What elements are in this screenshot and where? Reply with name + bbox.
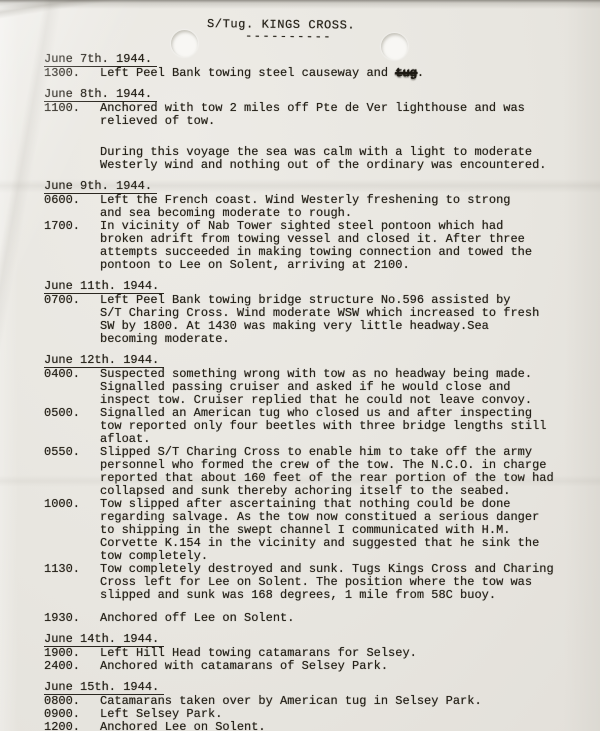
log-entry: 1300. Left Peel Bank towing steel causew… [44,67,582,80]
entry-text: Anchored with catamarans of Selsey Park. [100,660,388,673]
log-entry: 1130. Tow completely destroyed and sunk.… [44,563,582,602]
hole-punch-right [381,33,408,60]
log-section-june-7: June 7th. 1944. 1300. Left Peel Bank tow… [44,53,582,80]
entry-text: Left the French coast. Wind Westerly fre… [100,194,510,220]
entry-text: Slipped S/T Charing Cross to enable him … [100,446,554,498]
date-heading: June 11th. 1944. [44,280,164,294]
entry-time: 0600. [44,194,100,207]
log-entry: 0500. Signalled an American tug who clos… [44,407,582,446]
log-entry: 1100. Anchored with tow 2 miles off Pte … [44,102,582,128]
entry-text: Left Peel Bank towing steel causeway and… [100,67,424,80]
entry-time: 1700. [44,220,100,233]
entry-time: 1000. [44,498,100,511]
entry-text: Anchored Lee on Solent. [100,721,266,731]
entry-time: 1100. [44,102,100,115]
hole-punch-left [171,30,198,57]
entry-text: Signalled an American tug who closed us … [100,407,546,446]
entry-time: 2400. [44,660,100,673]
entry-time: 0500. [44,407,100,420]
entry-time: 0550. [44,446,100,459]
log-section-june-9: June 9th. 1944. 0600. Left the French co… [44,180,582,272]
scanned-log-page: S/Tug. KINGS CROSS. ---------- June 7th.… [0,0,600,731]
date-heading: June 9th. 1944. [44,180,157,194]
log-entry: During this voyage the sea was calm with… [44,146,582,172]
entry-time: 1200. [44,721,100,731]
entry-text: In vicinity of Nab Tower sighted steel p… [100,220,532,272]
entry-text: Anchored off Lee on Solent. [100,612,294,625]
date-heading: June 7th. 1944. [44,53,157,67]
log-entry: 1200. Anchored Lee on Solent. [44,721,582,731]
log-section-june-8: June 8th. 1944. 1100. Anchored with tow … [44,88,582,172]
entry-text: Tow slipped after ascertaining that noth… [100,498,539,563]
entry-time: 1130. [44,563,100,576]
entry-text: Suspected something wrong with tow as no… [100,368,532,407]
log-section-june-12: June 12th. 1944. 0400. Suspected somethi… [44,354,582,625]
entry-text: Left Peel Bank towing bridge structure N… [100,294,539,346]
log-entry: 0550. Slipped S/T Charing Cross to enabl… [44,446,582,498]
entry-text: Tow completely destroyed and sunk. Tugs … [100,563,554,602]
log-section-june-11: June 11th. 1944. 0700. Left Peel Bank to… [44,280,582,346]
log-entry: 2400. Anchored with catamarans of Selsey… [44,660,582,673]
entry-text: During this voyage the sea was calm with… [100,146,546,172]
entry-text-post: . [417,66,424,80]
overtyped-word: tug [395,66,417,80]
log-entry: 0600. Left the French coast. Wind Wester… [44,194,582,220]
log-entry: 0400. Suspected something wrong with tow… [44,368,582,407]
log-entry: 1930. Anchored off Lee on Solent. [44,612,582,625]
entry-time: 1300. [44,67,100,80]
entry-text-pre: Left Peel Bank towing steel causeway and [100,66,395,80]
document-content: S/Tug. KINGS CROSS. ---------- June 7th.… [0,0,600,731]
entry-time: 1930. [44,612,100,625]
date-heading: June 12th. 1944. [44,354,164,368]
entry-time: 0400. [44,368,100,381]
date-heading: June 15th. 1944. [44,681,164,695]
date-heading: June 8th. 1944. [44,88,157,102]
entry-time: 0700. [44,294,100,307]
log-entry: 0700. Left Peel Bank towing bridge struc… [44,294,582,346]
log-entry: 1700. In vicinity of Nab Tower sighted s… [44,220,582,272]
log-section-june-14: June 14th. 1944. 1900. Left Hill Head to… [44,633,582,673]
date-heading: June 14th. 1944. [44,633,164,647]
entry-text: Anchored with tow 2 miles off Pte de Ver… [100,102,525,128]
log-entry: 1000. Tow slipped after ascertaining tha… [44,498,582,563]
log-section-june-15: June 15th. 1944. 0800. Catamarans taken … [44,681,582,731]
